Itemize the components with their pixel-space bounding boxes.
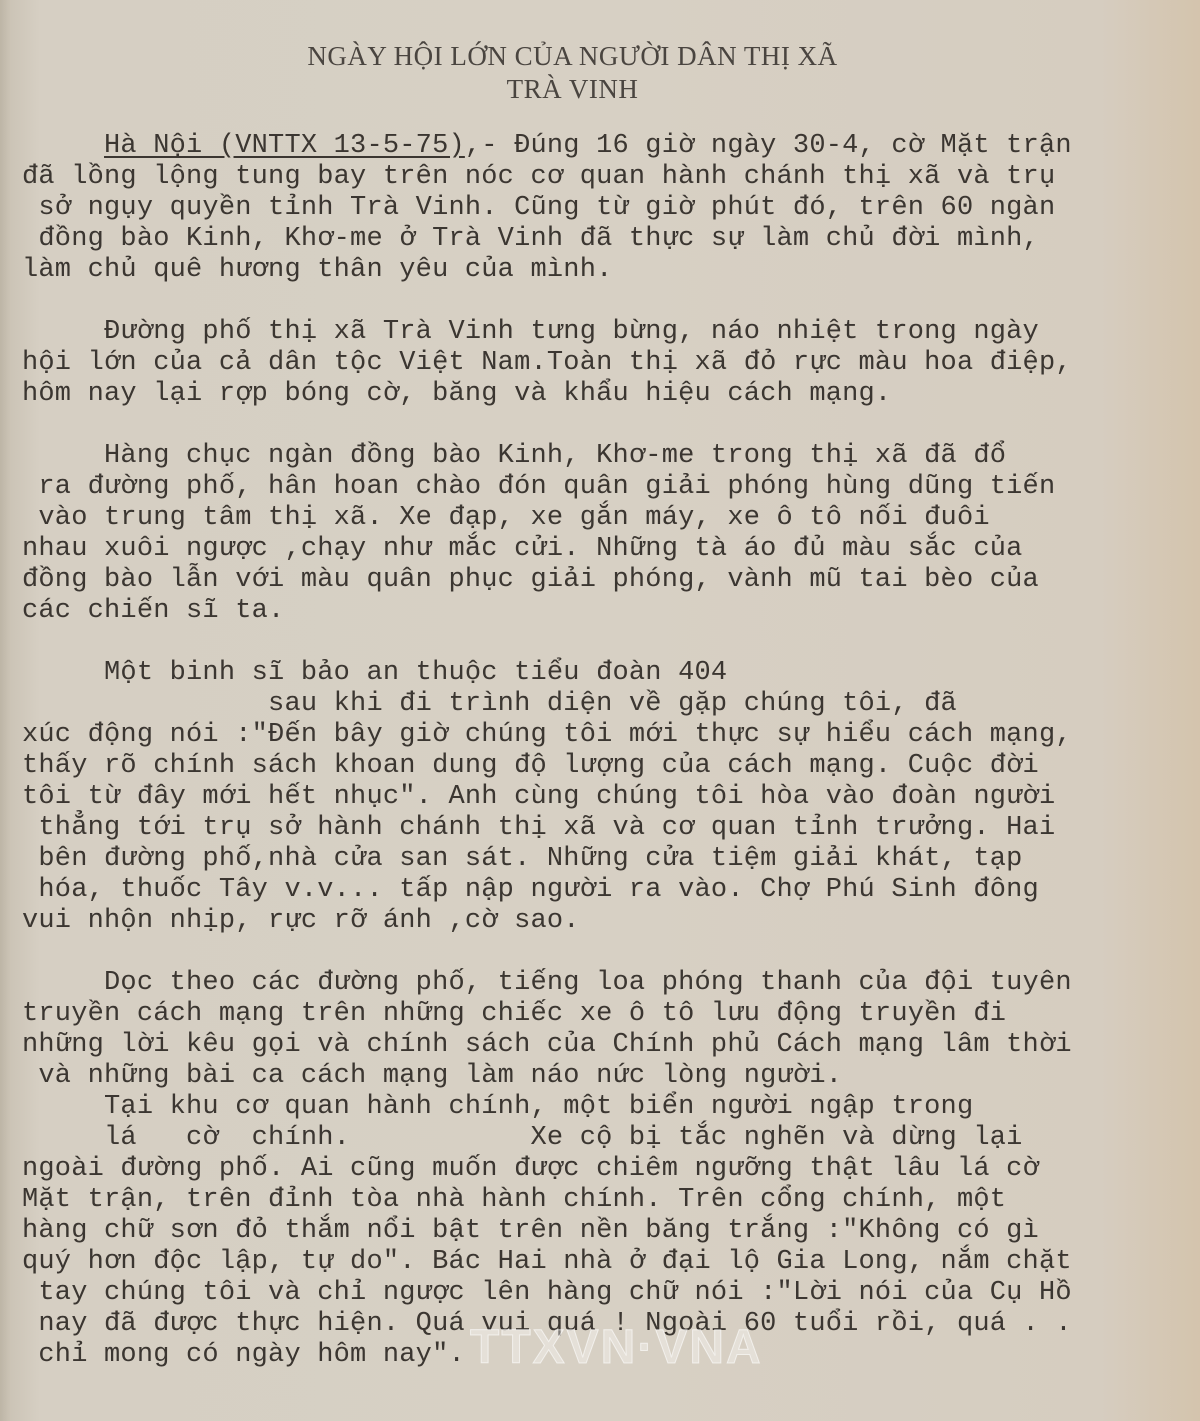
text-line: lá cờ chính. Xe cộ bị tắc nghẽn và dừng … xyxy=(22,1123,1192,1154)
text-line: tôi từ đây mới hết nhục". Anh cùng chúng… xyxy=(22,782,1192,813)
text-line: các chiến sĩ ta. xyxy=(22,596,1192,627)
paragraph: Hàng chục ngàn đồng bào Kinh, Khơ-me tro… xyxy=(22,441,1192,627)
document-body: Hà Nội (VNTTX 13-5-75),- Đúng 16 giờ ngà… xyxy=(22,131,1192,1371)
text-line: đồng bào Kinh, Khơ-me ở Trà Vinh đã thực… xyxy=(22,224,1192,255)
text-line: hội lớn của cả dân tộc Việt Nam.Toàn thị… xyxy=(22,348,1192,379)
text-line: hàng chữ sơn đỏ thắm nổi bật trên nền bă… xyxy=(22,1216,1192,1247)
document-page: NGÀY HỘI LỚN CỦA NGƯỜI DÂN THỊ XÃ TRÀ VI… xyxy=(0,0,1200,1421)
paragraph: Dọc theo các đường phố, tiếng loa phóng … xyxy=(22,968,1192,1092)
title-line-2: TRÀ VINH xyxy=(0,73,1145,106)
dateline: Hà Nội (VNTTX 13-5-75) xyxy=(104,131,465,161)
page-edge xyxy=(0,0,10,1421)
text-line: ra đường phố, hân hoan chào đón quân giả… xyxy=(22,472,1192,503)
text-line: đồng bào lẫn với màu quân phục giải phón… xyxy=(22,565,1192,596)
text-line: xúc động nói :"Đến bây giờ chúng tôi mới… xyxy=(22,720,1192,751)
text-line: quý hơn độc lập, tự do". Bác Hai nhà ở đ… xyxy=(22,1247,1192,1278)
text-line: vui nhộn nhịp, rực rỡ ánh ,cờ sao. xyxy=(22,906,1192,937)
text-line: hóa, thuốc Tây v.v... tấp nập người ra v… xyxy=(22,875,1192,906)
paragraph-gap xyxy=(22,286,1192,317)
title-line-1: NGÀY HỘI LỚN CỦA NGƯỜI DÂN THỊ XÃ xyxy=(0,40,1145,73)
text-line: bên đường phố,nhà cửa san sát. Những cửa… xyxy=(22,844,1192,875)
text-line: hôm nay lại rợp bóng cờ, băng và khẩu hi… xyxy=(22,379,1192,410)
paragraph-gap xyxy=(22,937,1192,968)
paragraph: Đường phố thị xã Trà Vinh tưng bừng, náo… xyxy=(22,317,1192,410)
text-line: Hà Nội (VNTTX 13-5-75),- Đúng 16 giờ ngà… xyxy=(22,131,1192,162)
text-line: thẳng tới trụ sở hành chánh thị xã và cơ… xyxy=(22,813,1192,844)
document-title: NGÀY HỘI LỚN CỦA NGƯỜI DÂN THỊ XÃ TRÀ VI… xyxy=(0,40,1145,106)
watermark-logo: TTXVN·VNA xyxy=(470,1320,763,1375)
text-line: làm chủ quê hương thân yêu của mình. xyxy=(22,255,1192,286)
text-line: Dọc theo các đường phố, tiếng loa phóng … xyxy=(22,968,1192,999)
text-line: đã lồng lộng tung bay trên nóc cơ quan h… xyxy=(22,162,1192,193)
text-line: và những bài ca cách mạng làm náo nức lò… xyxy=(22,1061,1192,1092)
paragraph: Một binh sĩ bảo an thuộc tiểu đoàn 404 s… xyxy=(22,658,1192,937)
paragraph-gap xyxy=(22,410,1192,441)
text-line: sở ngụy quyền tỉnh Trà Vinh. Cũng từ giờ… xyxy=(22,193,1192,224)
text-line: vào trung tâm thị xã. Xe đạp, xe gắn máy… xyxy=(22,503,1192,534)
paragraph-gap xyxy=(22,627,1192,658)
text-line: Đường phố thị xã Trà Vinh tưng bừng, náo… xyxy=(22,317,1192,348)
text-line: Tại khu cơ quan hành chính, một biển ngư… xyxy=(22,1092,1192,1123)
text-line: truyền cách mạng trên những chiếc xe ô t… xyxy=(22,999,1192,1030)
text-line: ngoài đường phố. Ai cũng muốn được chiêm… xyxy=(22,1154,1192,1185)
text-line: Hàng chục ngàn đồng bào Kinh, Khơ-me tro… xyxy=(22,441,1192,472)
text-line: Một binh sĩ bảo an thuộc tiểu đoàn 404 xyxy=(22,658,1192,689)
text-line: Mặt trận, trên đỉnh tòa nhà hành chính. … xyxy=(22,1185,1192,1216)
paragraph: Hà Nội (VNTTX 13-5-75),- Đúng 16 giờ ngà… xyxy=(22,131,1192,286)
text-line: những lời kêu gọi và chính sách của Chín… xyxy=(22,1030,1192,1061)
text-line: nhau xuôi ngược ,chạy như mắc cửi. Những… xyxy=(22,534,1192,565)
text-line: tay chúng tôi và chỉ ngược lên hàng chữ … xyxy=(22,1278,1192,1309)
text-line: thấy rõ chính sách khoan dung độ lượng c… xyxy=(22,751,1192,782)
text-line: sau khi đi trình diện về gặp chúng tôi, … xyxy=(22,689,1192,720)
